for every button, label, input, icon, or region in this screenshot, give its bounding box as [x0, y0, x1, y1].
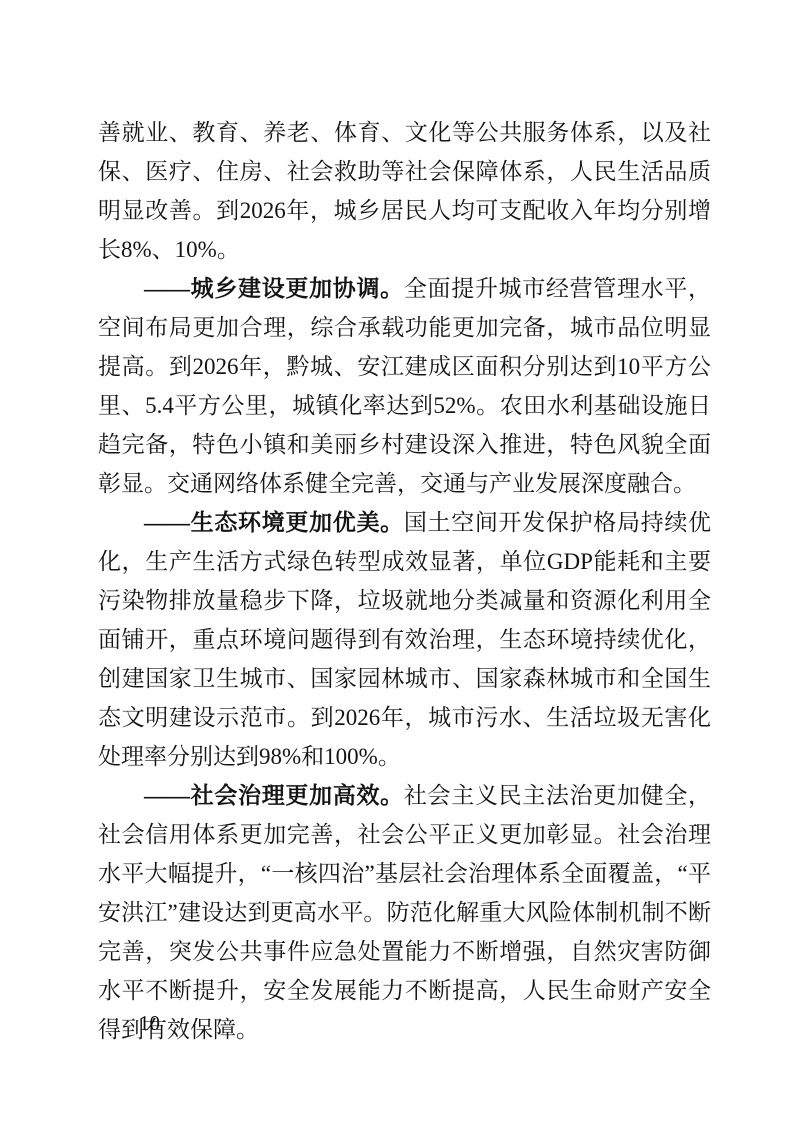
paragraph-lead: ——城乡建设更加协调。 — [144, 276, 404, 301]
paragraph-body: 国土空间开发保护格局持续优化，生产生活方式绿色转型成效显著，单位GDP能耗和主要… — [98, 510, 711, 769]
text-paragraph: 善就业、教育、养老、体育、文化等公共服务体系，以及社保、医疗、住房、社会救助等社… — [98, 113, 711, 269]
paragraph-body: 社会主义民主法治更加健全，社会信用体系更加完善，社会公平正义更加彰显。社会治理水… — [98, 783, 711, 1042]
paragraph-lead: ——社会治理更加高效。 — [144, 783, 404, 808]
paragraph-body: 善就业、教育、养老、体育、文化等公共服务体系，以及社保、医疗、住房、社会救助等社… — [98, 120, 711, 262]
paragraph-lead: ——生态环境更加优美。 — [144, 510, 404, 535]
text-paragraph: ——社会治理更加高效。社会主义民主法治更加健全，社会信用体系更加完善，社会公平正… — [98, 776, 711, 1049]
text-paragraph: ——城乡建设更加协调。全面提升城市经营管理水平，空间布局更加合理，综合承载功能更… — [98, 269, 711, 503]
page-text-block: 善就业、教育、养老、体育、文化等公共服务体系，以及社保、医疗、住房、社会救助等社… — [98, 113, 711, 1049]
paragraph-body: 全面提升城市经营管理水平，空间布局更加合理，综合承载功能更加完备，城市品位明显提… — [98, 276, 711, 496]
text-paragraph: ——生态环境更加优美。国土空间开发保护格局持续优化，生产生活方式绿色转型成效显著… — [98, 503, 711, 776]
page-number: 10 — [139, 1009, 160, 1037]
document-page: 善就业、教育、养老、体育、文化等公共服务体系，以及社保、医疗、住房、社会救助等社… — [0, 0, 793, 1122]
